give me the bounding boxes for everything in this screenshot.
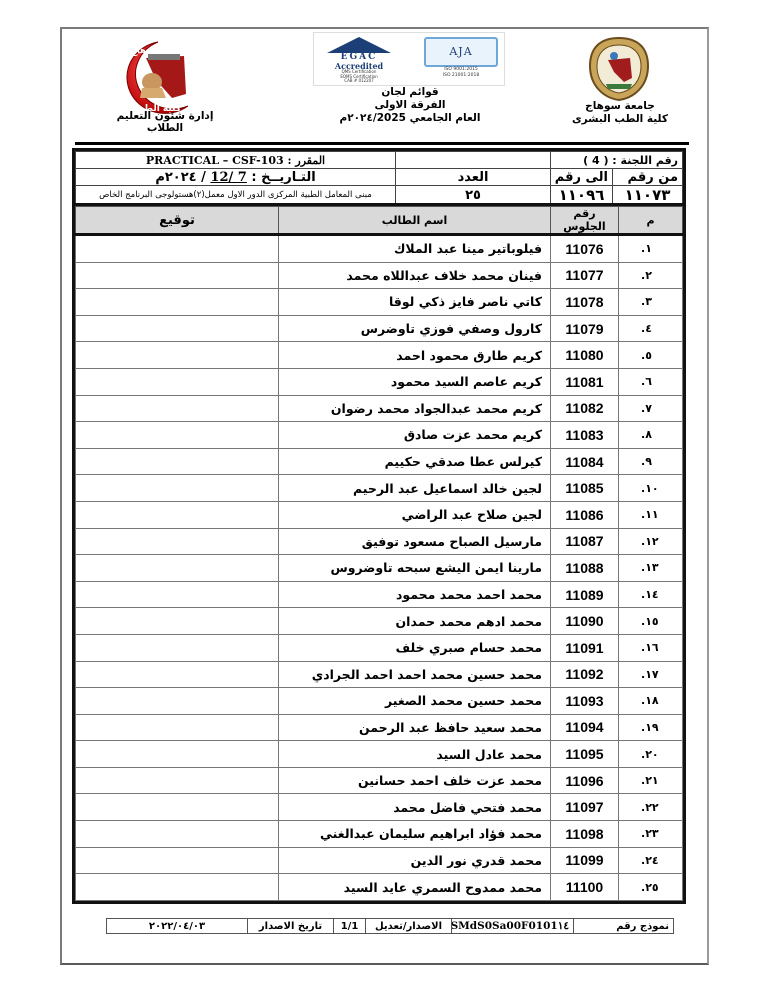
iso-standards: ISO 9001:2015 ISO 21001:2018 [424, 67, 498, 78]
table-row: ٦.11081كريم عاصم السيد محمود [76, 368, 683, 395]
student-name: كاتي ناصر فايز ذكي لوقا [279, 289, 551, 316]
column-header-name: اسم الطالب [279, 207, 551, 235]
student-name: محمد ممدوح السمري عايد السيد [279, 874, 551, 901]
faculty-of-medicine-logo: جامعة سوهاج كلية الطب [96, 36, 214, 116]
committee-info: رقم اللجنة : ( 4 ) المقرر : PRACTICAL – … [72, 148, 686, 208]
seat-number: 11084 [551, 448, 619, 475]
table-row: ١٩.11094محمد سعيد حافظ عبد الرحمن [76, 714, 683, 741]
document-title: قوائم لجان الفرقة الاولى العام الجامعي ٢… [330, 86, 490, 125]
column-header-signature: توقيع [76, 207, 279, 235]
seat-number: 11082 [551, 395, 619, 422]
table-row: ٧.11082كريم محمد عبدالجواد محمد رضوان [76, 395, 683, 422]
row-index: ٩. [619, 448, 683, 475]
table-row: ١٠.11085لجين خالد اسماعيل عبد الرحيم [76, 475, 683, 502]
course-value: PRACTICAL – CSF-103 [146, 154, 284, 167]
table-row: ٩.11084كيرلس عطا صدقي حكييم [76, 448, 683, 475]
seat-number: 11086 [551, 501, 619, 528]
seat-number: 11088 [551, 555, 619, 582]
signature-cell[interactable] [76, 262, 279, 289]
seat-number: 11093 [551, 688, 619, 715]
signature-cell[interactable] [76, 448, 279, 475]
table-row: ٢.11077فينان محمد خلاف عبداللاه محمد [76, 262, 683, 289]
row-index: ٢٠. [619, 741, 683, 768]
signature-cell[interactable] [76, 741, 279, 768]
seat-number: 11079 [551, 315, 619, 342]
table-row: ٢٤.11099محمد قدري نور الدين [76, 847, 683, 874]
title-line: العام الجامعي ٢٠٢٤/2025م [330, 112, 490, 125]
signature-cell[interactable] [76, 528, 279, 555]
table-row: ١٥.11090محمد ادهم محمد حمدان [76, 608, 683, 635]
student-name: محمد حسين محمد احمد احمد الجرادي [279, 661, 551, 688]
seat-number: 11078 [551, 289, 619, 316]
signature-cell[interactable] [76, 342, 279, 369]
row-index: ٤. [619, 315, 683, 342]
university-crest-icon [588, 36, 650, 102]
header-divider [75, 142, 689, 145]
student-name: مارسيل الصباح مسعود توفيق [279, 528, 551, 555]
table-row: ١٣.11088مارينا ايمن اليشع سبحه تاوضروس [76, 555, 683, 582]
signature-cell[interactable] [76, 767, 279, 794]
student-name: محمد فؤاد ابراهيم سليمان عبدالغني [279, 821, 551, 848]
row-index: ١٣. [619, 555, 683, 582]
title-line: قوائم لجان [330, 86, 490, 99]
seat-number: 11077 [551, 262, 619, 289]
sohag-university-logo [588, 36, 650, 102]
signature-cell[interactable] [76, 289, 279, 316]
committee-number: رقم اللجنة : ( 4 ) [551, 152, 683, 169]
signature-cell[interactable] [76, 581, 279, 608]
certification-logos: EGAC Accredited QMS Certification EOMS C… [313, 32, 505, 86]
table-row: ٢١.11096محمد عزت خلف احمد حسانين [76, 767, 683, 794]
course-cell: المقرر : PRACTICAL – CSF-103 [76, 152, 396, 169]
form-footer: نموذج رقم SMdS0Sa00F0101١٤ الاصدار/تعديل… [106, 918, 674, 934]
student-name: محمد ادهم محمد حمدان [279, 608, 551, 635]
table-row: ٥.11080كريم طارق محمود احمد [76, 342, 683, 369]
from-number: ١١٠٧٣ [613, 186, 683, 205]
student-name: محمد حسام صبري خلف [279, 634, 551, 661]
signature-cell[interactable] [76, 315, 279, 342]
student-name: كريم عاصم السيد محمود [279, 368, 551, 395]
student-affairs-label: إدارة شئون التعليم الطلاب [100, 110, 230, 134]
signature-cell[interactable] [76, 235, 279, 263]
exam-location: مبنى المعامل الطبية المركزى الدور الاول … [76, 186, 396, 205]
date-year: / ٢٠٢٤م [155, 170, 206, 185]
signature-cell[interactable] [76, 874, 279, 901]
student-name: كريم طارق محمود احمد [279, 342, 551, 369]
table-row: ١٦.11091محمد حسام صبري خلف [76, 634, 683, 661]
student-name: محمد قدري نور الدين [279, 847, 551, 874]
row-index: ٦. [619, 368, 683, 395]
seat-number: 11098 [551, 821, 619, 848]
issue-date-label: تاريخ الاصدار [248, 919, 334, 934]
seat-number: 11100 [551, 874, 619, 901]
row-index: ٢٥. [619, 874, 683, 901]
crescent-logo-icon: جامعة سوهاج كلية الطب [96, 36, 214, 116]
row-index: ٧. [619, 395, 683, 422]
table-row: ١٤.11089محمد احمد محمد محمود [76, 581, 683, 608]
signature-cell[interactable] [76, 847, 279, 874]
signature-cell[interactable] [76, 634, 279, 661]
seat-number: 11090 [551, 608, 619, 635]
column-header-seat: رقم الجلوس [551, 207, 619, 235]
mountain-icon [327, 37, 391, 53]
student-name: مارينا ايمن اليشع سبحه تاوضروس [279, 555, 551, 582]
seat-number: 11099 [551, 847, 619, 874]
row-index: ١١. [619, 501, 683, 528]
seat-number: 11085 [551, 475, 619, 502]
seat-number: 11087 [551, 528, 619, 555]
svg-text:جامعة سوهاج: جامعة سوهاج [131, 38, 185, 56]
table-row: ٨.11083كريم محمد عزت صادق [76, 422, 683, 449]
row-index: ٢٢. [619, 794, 683, 821]
title-line: الفرقة الاولى [330, 99, 490, 112]
seat-number: 11094 [551, 714, 619, 741]
seat-number: 11076 [551, 235, 619, 263]
seat-number: 11092 [551, 661, 619, 688]
signature-cell[interactable] [76, 794, 279, 821]
row-index: ٣. [619, 289, 683, 316]
table-row: ٢٥.11100محمد ممدوح السمري عايد السيد [76, 874, 683, 901]
table-header-row: م رقم الجلوس اسم الطالب توقيع [76, 207, 683, 235]
row-index: ١٦. [619, 634, 683, 661]
student-name: لجين خالد اسماعيل عبد الرحيم [279, 475, 551, 502]
signature-cell[interactable] [76, 368, 279, 395]
signature-cell[interactable] [76, 555, 279, 582]
row-index: ٢٤. [619, 847, 683, 874]
student-name: محمد حسين محمد الصغير [279, 688, 551, 715]
signature-cell[interactable] [76, 422, 279, 449]
version-value: 1/1 [334, 919, 366, 934]
row-index: ٢. [619, 262, 683, 289]
issue-date-value: ٢٠٢٢/٠٤/٠٣ [107, 919, 248, 934]
student-name: كريم محمد عزت صادق [279, 422, 551, 449]
signature-cell[interactable] [76, 475, 279, 502]
egac-logo: EGAC Accredited QMS Certification EOMS C… [318, 35, 400, 83]
signature-cell[interactable] [76, 688, 279, 715]
seat-number: 11080 [551, 342, 619, 369]
seat-number: 11083 [551, 422, 619, 449]
student-name: فيلوباتير مينا عبد الملاك [279, 235, 551, 263]
column-header-index: م [619, 207, 683, 235]
count-label: العدد [396, 169, 551, 186]
aja-logo: AJA [424, 37, 498, 67]
student-name: كيرلس عطا صدقي حكييم [279, 448, 551, 475]
student-name: كارول وصفي فوزي تاوضرس [279, 315, 551, 342]
row-index: ٨. [619, 422, 683, 449]
seat-number: 11081 [551, 368, 619, 395]
student-name: كريم محمد عبدالجواد محمد رضوان [279, 395, 551, 422]
signature-cell[interactable] [76, 608, 279, 635]
row-index: ١. [619, 235, 683, 263]
row-index: ٢١. [619, 767, 683, 794]
table-row: ٢٢.11097محمد فتحي فاضل محمد [76, 794, 683, 821]
date-value: 7 /12 [210, 170, 246, 185]
signature-cell[interactable] [76, 395, 279, 422]
row-index: ١٢. [619, 528, 683, 555]
signature-cell[interactable] [76, 661, 279, 688]
student-count: ٢٥ [396, 186, 551, 205]
student-name: محمد احمد محمد محمود [279, 581, 551, 608]
table-row: ١.11076فيلوباتير مينا عبد الملاك [76, 235, 683, 263]
table-row: ٢٣.11098محمد فؤاد ابراهيم سليمان عبدالغن… [76, 821, 683, 848]
signature-cell[interactable] [76, 501, 279, 528]
seat-number: 11096 [551, 767, 619, 794]
table-row: ٢٠.11095محمد عادل السيد [76, 741, 683, 768]
student-name: لجين صلاح عبد الراضي [279, 501, 551, 528]
row-index: ٢٣. [619, 821, 683, 848]
student-name: محمد سعيد حافظ عبد الرحمن [279, 714, 551, 741]
date-label: التـاريــخ : [251, 170, 315, 185]
table-row: ٣.11078كاتي ناصر فايز ذكي لوقا [76, 289, 683, 316]
signature-cell[interactable] [76, 821, 279, 848]
form-number-label: نموذج رقم [574, 919, 674, 934]
seat-number: 11095 [551, 741, 619, 768]
to-number-label: الى رقم [551, 169, 613, 186]
form-code: SMdS0Sa00F0101١٤ [452, 919, 574, 934]
table-row: ١٧.11092محمد حسين محمد احمد احمد الجرادي [76, 661, 683, 688]
student-list: م رقم الجلوس اسم الطالب توقيع ١.11076فيل… [72, 203, 686, 904]
empty-cell [396, 152, 551, 169]
signature-cell[interactable] [76, 714, 279, 741]
student-name: محمد فتحي فاضل محمد [279, 794, 551, 821]
student-name: فينان محمد خلاف عبداللاه محمد [279, 262, 551, 289]
table-row: ١٨.11093محمد حسين محمد الصغير [76, 688, 683, 715]
row-index: ١٩. [619, 714, 683, 741]
seat-number: 11089 [551, 581, 619, 608]
table-row: ١١.11086لجين صلاح عبد الراضي [76, 501, 683, 528]
row-index: ٥. [619, 342, 683, 369]
seat-number: 11091 [551, 634, 619, 661]
row-index: ١٧. [619, 661, 683, 688]
row-index: ١٥. [619, 608, 683, 635]
row-index: ١٠. [619, 475, 683, 502]
course-label: المقرر : [288, 154, 326, 167]
to-number: ١١٠٩٦ [551, 186, 613, 205]
student-name: محمد عادل السيد [279, 741, 551, 768]
seat-number: 11097 [551, 794, 619, 821]
date-cell: التـاريــخ : 7 /12 / ٢٠٢٤م [76, 169, 396, 186]
table-row: ٤.11079كارول وصفي فوزي تاوضرس [76, 315, 683, 342]
row-index: ١٨. [619, 688, 683, 715]
student-name: محمد عزت خلف احمد حسانين [279, 767, 551, 794]
version-label: الاصدار/تعديل [366, 919, 452, 934]
from-number-label: من رقم [613, 169, 683, 186]
faculty-label: جامعة سوهاج كلية الطب البشرى [570, 100, 670, 126]
row-index: ١٤. [619, 581, 683, 608]
table-row: ١٢.11087مارسيل الصباح مسعود توفيق [76, 528, 683, 555]
